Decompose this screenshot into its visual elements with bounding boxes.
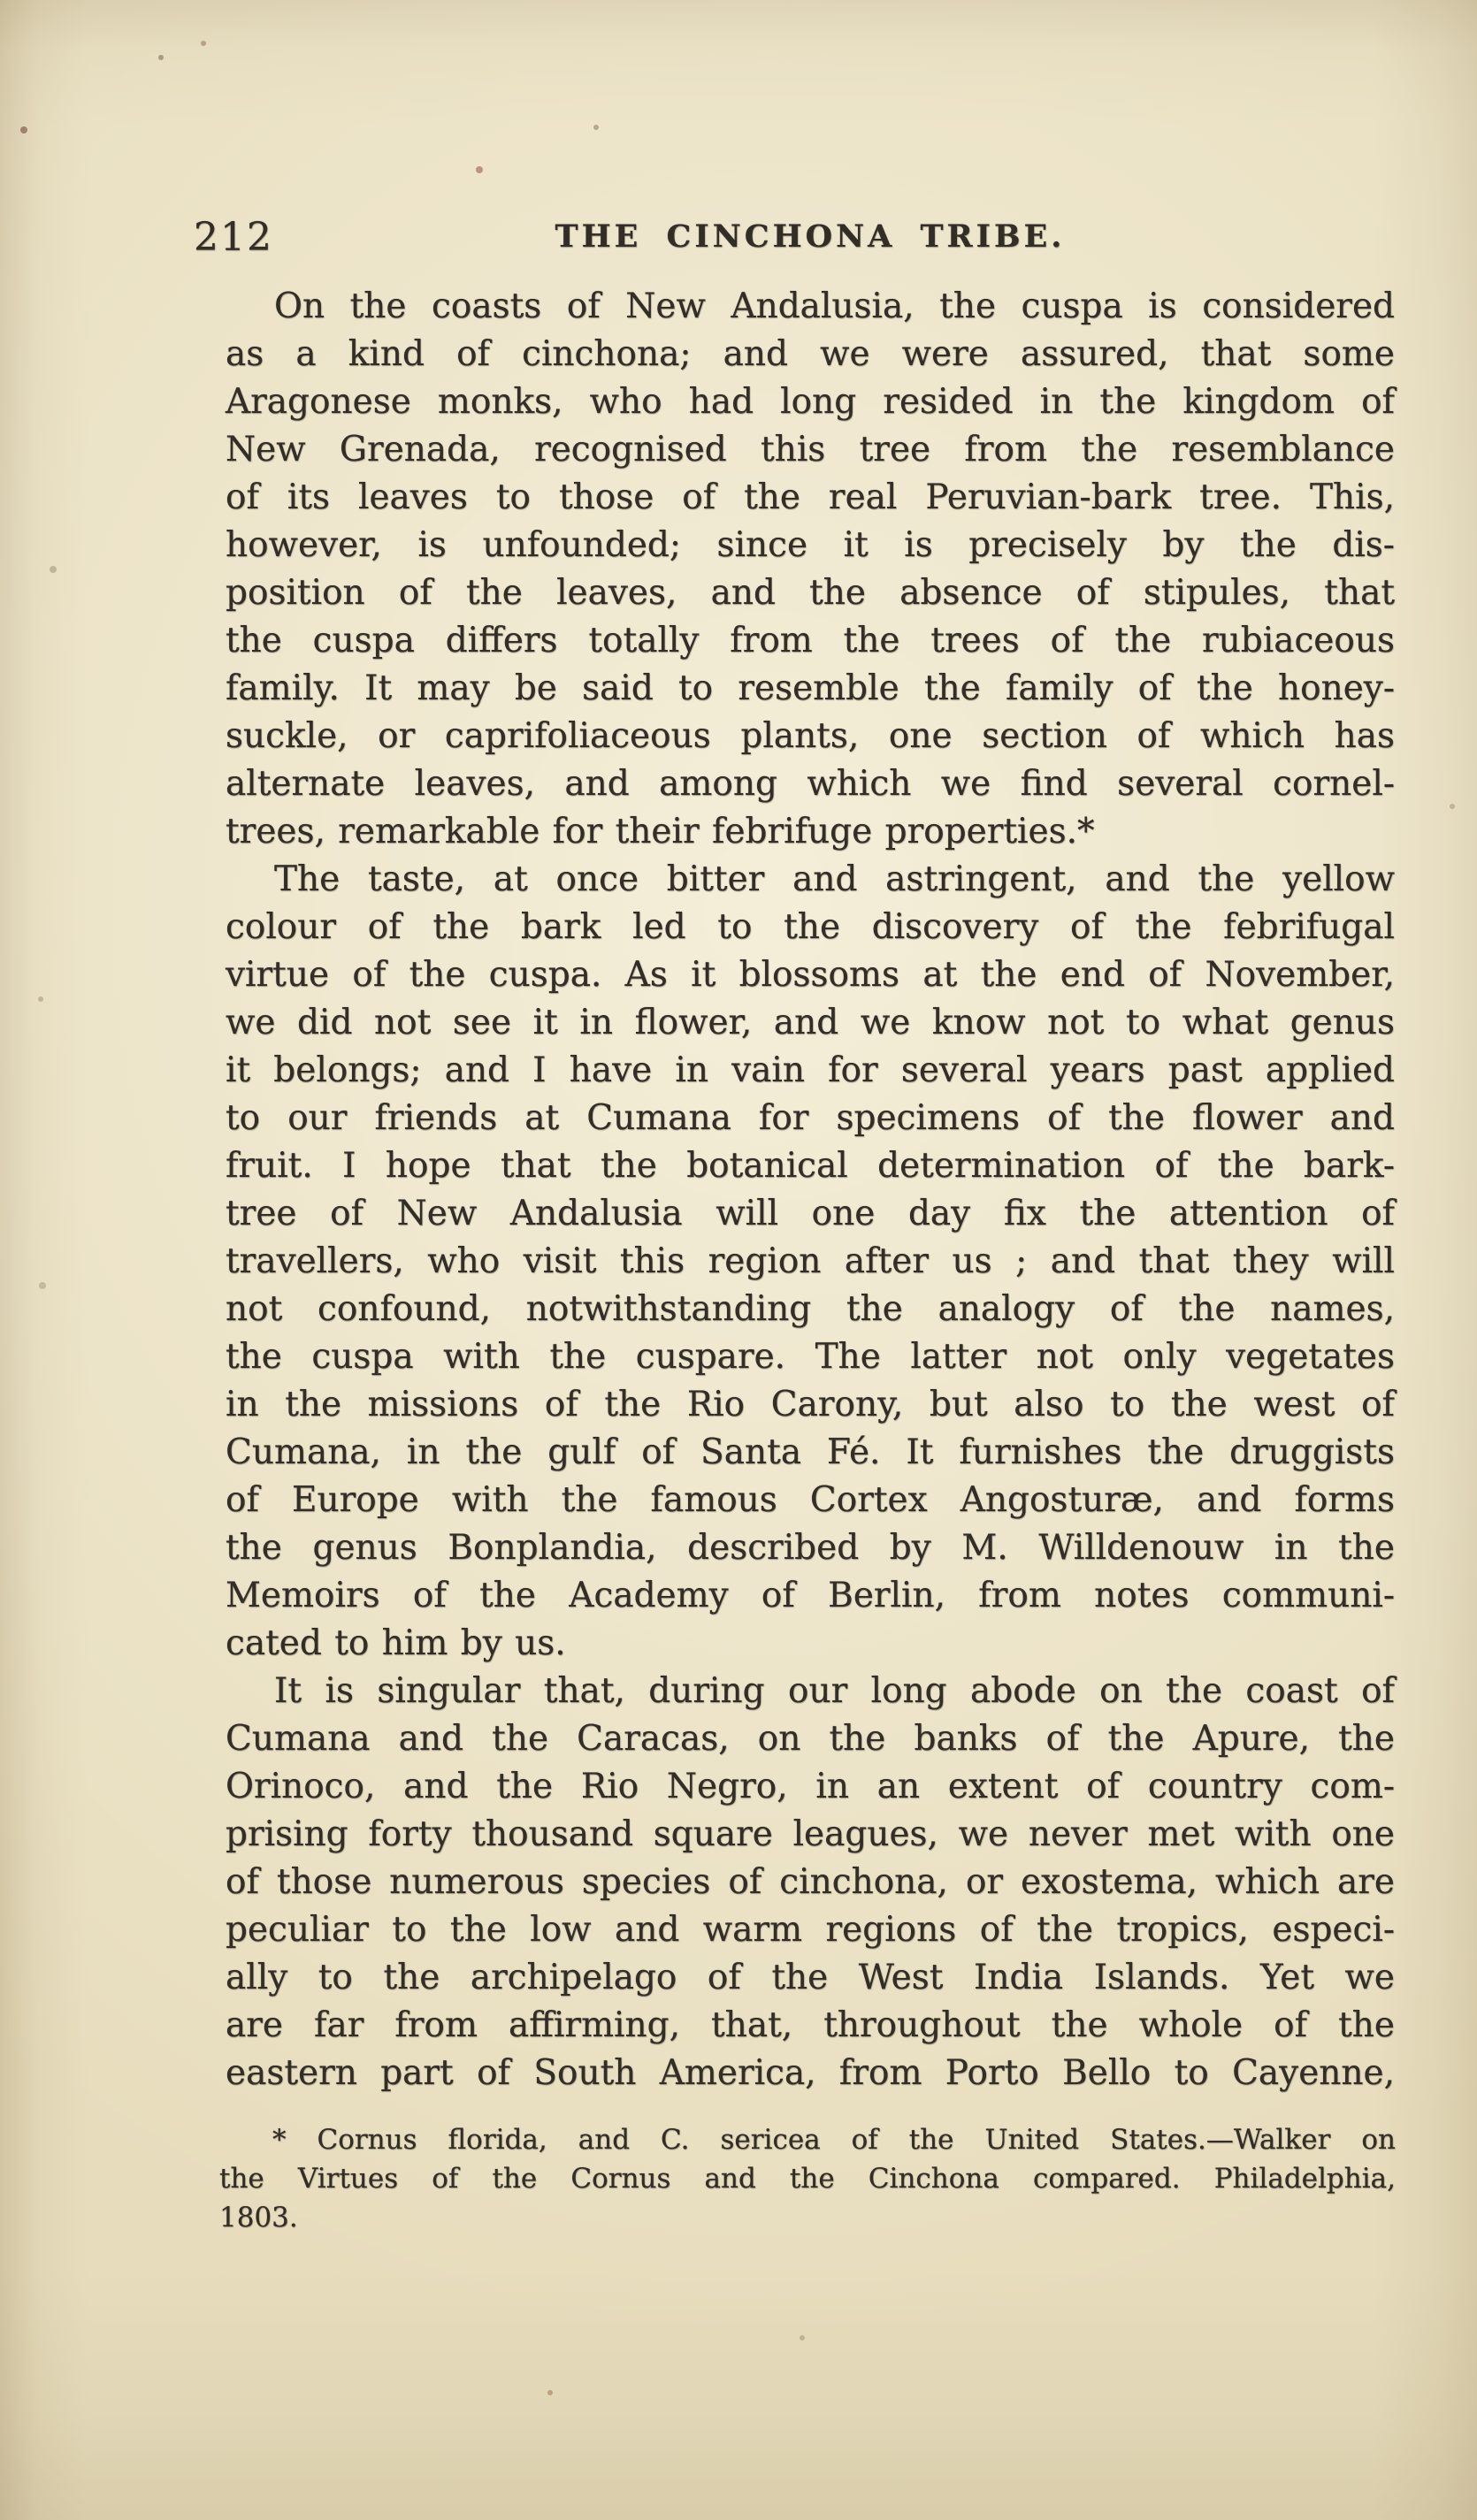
footnote: * Cornus florida, and C. sericea of the … [219, 2120, 1396, 2237]
text-line: the cuspa differs totally from the trees… [226, 617, 1395, 665]
text-line: however, is unfounded; since it is preci… [226, 522, 1395, 569]
text-line: it belongs; and I have in vain for sever… [226, 1047, 1395, 1095]
text-line: we did not see it in flower, and we know… [226, 999, 1395, 1047]
paragraph: On the coasts of New Andalusia, the cusp… [226, 283, 1395, 856]
text-line: position of the leaves, and the absence … [226, 569, 1395, 617]
text-line: ally to the archipelago of the West Indi… [226, 1954, 1395, 2002]
footnote-line: * Cornus florida, and C. sericea of the … [219, 2120, 1396, 2159]
text-line: trees, remarkable for their febrifuge pr… [226, 808, 1395, 856]
text-line: peculiar to the low and warm regions of … [226, 1906, 1395, 1954]
book-page-scan: 212 THE CINCHONA TRIBE. On the coasts of… [0, 0, 1477, 2520]
text-line: cated to him by us. [226, 1620, 1395, 1668]
body-text: On the coasts of New Andalusia, the cusp… [226, 283, 1395, 2097]
footnote-line: 1803. [219, 2198, 1396, 2237]
text-line: family. It may be said to resemble the f… [226, 665, 1395, 713]
text-line: The taste, at once bitter and astringent… [226, 856, 1395, 904]
text-line: are far from affirming, that, throughout… [226, 2002, 1395, 2050]
text-line: the genus Bonplandia, described by M. Wi… [226, 1524, 1395, 1572]
text-line: suckle, or caprifoliaceous plants, one s… [226, 713, 1395, 760]
text-line: It is singular that, during our long abo… [226, 1668, 1395, 1715]
text-line: not confound, notwithstanding the analog… [226, 1286, 1395, 1333]
text-line: On the coasts of New Andalusia, the cusp… [226, 283, 1395, 331]
text-line: of Europe with the famous Cortex Angostu… [226, 1477, 1395, 1524]
text-line: as a kind of cinchona; and we were assur… [226, 331, 1395, 378]
text-line: Memoirs of the Academy of Berlin, from n… [226, 1572, 1395, 1620]
paragraph: The taste, at once bitter and astringent… [226, 856, 1395, 1668]
footnote-line: the Virtues of the Cornus and the Cincho… [219, 2159, 1396, 2198]
text-line: fruit. I hope that the botanical determi… [226, 1142, 1395, 1190]
text-line: colour of the bark led to the discovery … [226, 904, 1395, 951]
text-line: travellers, who visit this region after … [226, 1238, 1395, 1286]
text-line: of those numerous species of cinchona, o… [226, 1859, 1395, 1906]
text-line: Aragonese monks, who had long resided in… [226, 378, 1395, 426]
page-header: 212 THE CINCHONA TRIBE. [226, 215, 1395, 263]
paper-speckles [0, 0, 4, 4]
text-line: tree of New Andalusia will one day fix t… [226, 1190, 1395, 1238]
paragraph: It is singular that, during our long abo… [226, 1668, 1395, 2097]
text-line: Orinoco, and the Rio Negro, in an extent… [226, 1763, 1395, 1811]
text-line: the cuspa with the cuspare. The latter n… [226, 1333, 1395, 1381]
text-line: Cumana and the Caracas, on the banks of … [226, 1715, 1395, 1763]
text-line: prising forty thousand square leagues, w… [226, 1811, 1395, 1859]
running-title: THE CINCHONA TRIBE. [226, 218, 1395, 255]
text-line: eastern part of South America, from Port… [226, 2050, 1395, 2097]
text-line: Cumana, in the gulf of Santa Fé. It furn… [226, 1429, 1395, 1477]
text-line: New Grenada, recognised this tree from t… [226, 426, 1395, 474]
text-line: alternate leaves, and among which we fin… [226, 760, 1395, 808]
text-line: virtue of the cuspa. As it blossoms at t… [226, 951, 1395, 999]
text-line: of its leaves to those of the real Peruv… [226, 474, 1395, 522]
text-line: in the missions of the Rio Carony, but a… [226, 1381, 1395, 1429]
text-line: to our friends at Cumana for specimens o… [226, 1095, 1395, 1142]
